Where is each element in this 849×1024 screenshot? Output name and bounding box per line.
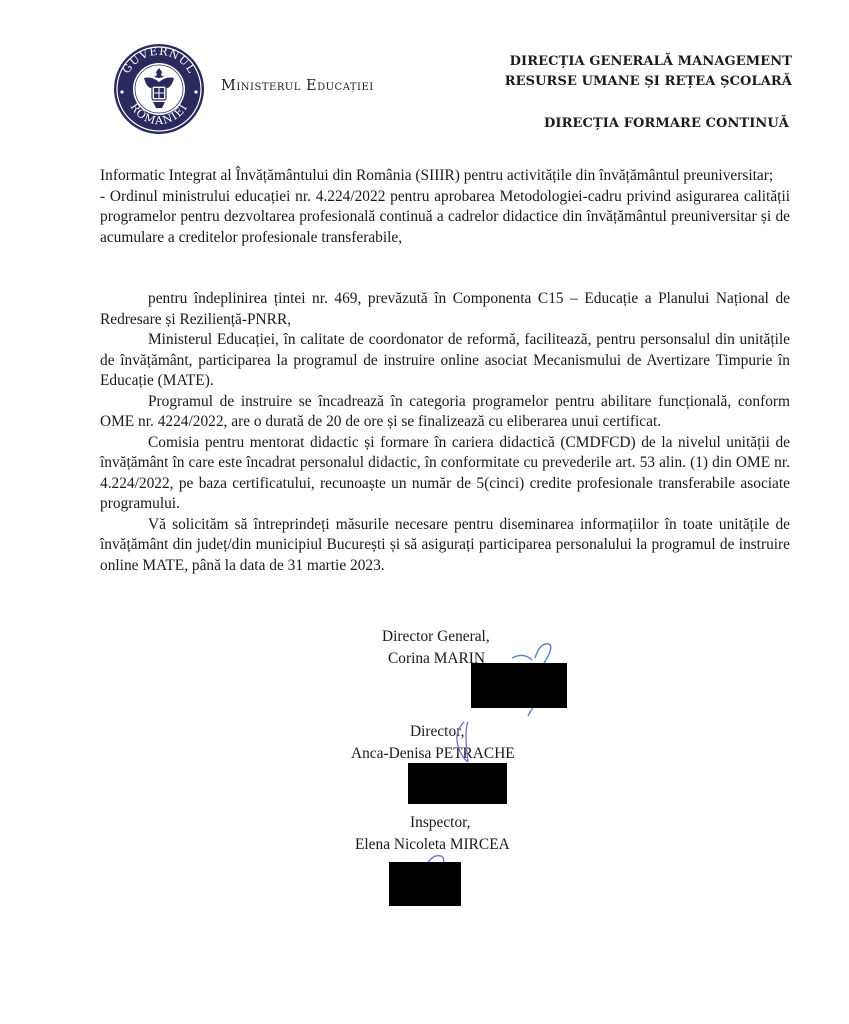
department-name-line2: RESURSE UMANE ȘI REȚEA ȘCOLARĂ: [505, 74, 792, 89]
paragraph-commission-credits: Comisia pentru mentorat didactic și form…: [100, 433, 790, 515]
signature-name-director: Anca-Denisa PETRACHE: [351, 744, 515, 764]
redacted-signature: [471, 663, 567, 708]
signature-title-director: Director,: [410, 722, 465, 742]
letter-body: Informatic Integrat al Învățământului di…: [100, 166, 790, 248]
government-emblem: GUVERNUL ROMÂNIEI: [112, 42, 206, 136]
signature-name-inspector: Elena Nicoleta MIRCEA: [355, 835, 510, 855]
signature-title-inspector: Inspector,: [410, 813, 471, 833]
ministry-name: Ministerul Educației: [221, 78, 374, 94]
letter-body-continued: pentru îndeplinirea țintei nr. 469, prev…: [100, 289, 790, 576]
signature-title-director-general: Director General,: [382, 627, 490, 647]
sub-department-name: DIRECȚIA FORMARE CONTINUĂ: [544, 116, 789, 131]
redacted-signature: [408, 763, 507, 804]
government-of-romania-seal-icon: GUVERNUL ROMÂNIEI: [112, 42, 206, 136]
department-name-line1: DIRECȚIA GENERALĂ MANAGEMENT: [510, 54, 792, 69]
paragraph-program-category: Programul de instruire se încadrează în …: [100, 392, 790, 433]
paragraph-siiir: Informatic Integrat al Învățământului di…: [100, 166, 790, 187]
redacted-signature: [389, 862, 461, 906]
paragraph-pnrr-target: pentru îndeplinirea țintei nr. 469, prev…: [100, 289, 790, 330]
paragraph-order-reference: - Ordinul ministrului educației nr. 4.22…: [100, 187, 790, 249]
paragraph-request-dissemination: Vă solicităm să întreprindeți măsurile n…: [100, 515, 790, 577]
paragraph-ministry-facilitates: Ministerul Educației, în calitate de coo…: [100, 330, 790, 392]
